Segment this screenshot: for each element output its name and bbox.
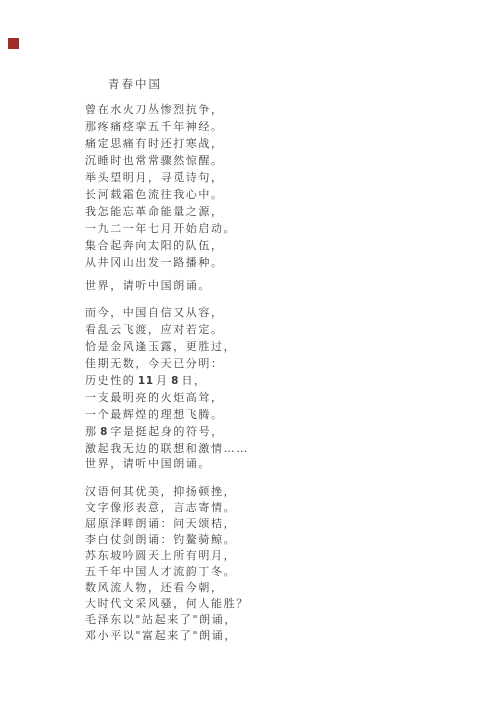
- poem-refrain-1: 世界，请听中国朗诵。: [85, 277, 211, 294]
- poem-line: 我怎能忘革命能量之源，: [85, 203, 236, 220]
- poem-stanza-3: 汉语何其优美，抑扬顿挫，文字像形表意，言志寄情。屈原泽畔朗诵：问天颂桔，李白仗剑…: [85, 484, 249, 644]
- poem-line: 汉语何其优美，抑扬顿挫，: [85, 484, 249, 500]
- numeral-text: 8: [98, 426, 111, 438]
- poem-line: 苏东坡吟圆天上所有明月，: [85, 548, 249, 564]
- poem-line: 沉睡时也常常骤然惊醒。: [85, 152, 236, 169]
- poem-line: 集合起奔向太阳的队伍，: [85, 237, 236, 254]
- poem-line: 佳期无数，今天已分明：: [85, 355, 249, 372]
- poem-line: 文字像形表意，言志寄情。: [85, 500, 249, 516]
- poem-line: 长河载霜色流往我心中。: [85, 186, 236, 203]
- poem-line: 邓小平以"富起来了"朗诵，: [85, 628, 249, 644]
- poem-title: 青春中国: [108, 76, 162, 92]
- poem-line: 毛泽东以"站起来了"朗诵，: [85, 612, 249, 628]
- poem-stanza-2: 而今，中国自信又从容，看乱云飞渡，应对若定。恰是金风逢玉露，更胜过，佳期无数，今…: [85, 304, 249, 457]
- poem-stanza-1: 曾在水火刀丛惨烈抗争，那疼痛痉挛五千年神经。痛定思痛有时还打寒战，沉睡时也常常骤…: [85, 101, 236, 271]
- poem-line: 从井冈山出发一路播种。: [85, 254, 236, 271]
- poem-refrain-2: 世界，请听中国朗诵。: [85, 455, 211, 472]
- poem-line: 五千年中国人才流韵丁冬。: [85, 564, 249, 580]
- numeral-text: 11: [135, 375, 156, 387]
- poem-line: 那8字是挺起身的符号，: [85, 423, 249, 440]
- poem-line: 一九二一年七月开始启动。: [85, 220, 236, 237]
- poem-line: 一个最辉煌的理想飞腾。: [85, 406, 249, 423]
- numeral-text: 8: [169, 375, 182, 387]
- poem-line: 李白仗剑朗诵：钓鳌骑鲸。: [85, 532, 249, 548]
- poem-line: 大时代文采风骚，何人能胜？: [85, 596, 249, 612]
- corner-accent-square: [8, 38, 19, 49]
- poem-line: 世界，请听中国朗诵。: [85, 277, 211, 294]
- poem-line: 恰是金风逢玉露，更胜过，: [85, 338, 249, 355]
- document-page: 青春中国 曾在水火刀丛惨烈抗争，那疼痛痉挛五千年神经。痛定思痛有时还打寒战，沉睡…: [0, 0, 500, 708]
- poem-line: 一支最明亮的火炬高耸，: [85, 389, 249, 406]
- poem-line: 看乱云飞渡，应对若定。: [85, 321, 249, 338]
- poem-line: 屈原泽畔朗诵：问天颂桔，: [85, 516, 249, 532]
- poem-line: 历史性的11月8日，: [85, 372, 249, 389]
- poem-line: 而今，中国自信又从容，: [85, 304, 249, 321]
- poem-line: 数风流人物，还看今朝，: [85, 580, 249, 596]
- poem-line: 曾在水火刀丛惨烈抗争，: [85, 101, 236, 118]
- poem-line: 举头望明月，寻觅诗句，: [85, 169, 236, 186]
- poem-line: 那疼痛痉挛五千年神经。: [85, 118, 236, 135]
- poem-line: 痛定思痛有时还打寒战，: [85, 135, 236, 152]
- poem-line: 世界，请听中国朗诵。: [85, 455, 211, 472]
